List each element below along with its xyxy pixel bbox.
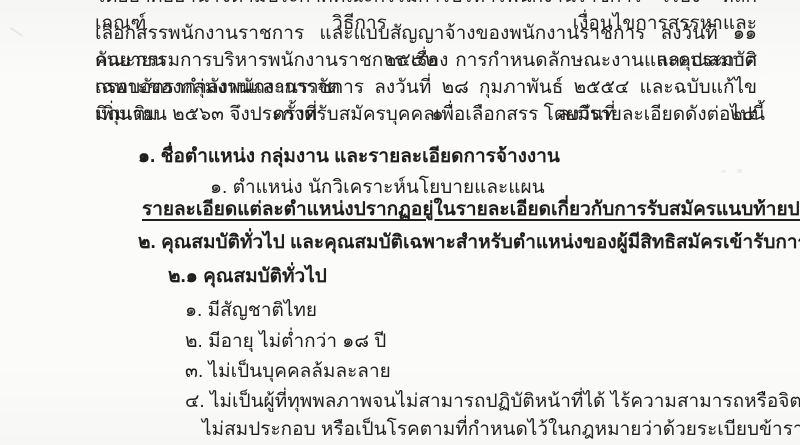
section1-heading: ๑. ชื่อตำแหน่ง กลุ่มงาน และรายละเอียดการ…	[138, 143, 560, 170]
scan-speck	[721, 170, 726, 173]
scan-speck	[737, 169, 742, 173]
section1-note: รายละเอียดแต่ละตำแหน่งปรากฏอยู่ในรายละเอ…	[142, 196, 800, 223]
qualification-item-2: ๒. มีอายุ ไม่ต่ำกว่า ๑๘ ปี	[185, 328, 386, 355]
qualification-item-3: ๓. ไม่เป็นบุคคลล้มละลาย	[185, 358, 391, 385]
section2-subheading: ๒.๑ คุณสมบัติทั่วไป	[168, 263, 327, 290]
scan-smudge	[10, 27, 24, 37]
scanned-document-page: โดยอาศัยอำนาจตามประกาศคณะกรรมการบริหารพน…	[0, 0, 800, 445]
section2-heading: ๒. คุณสมบัติทั่วไป และคุณสมบัติเฉพาะสำหร…	[138, 229, 800, 256]
qualification-item-4: ๔. ไม่เป็นผู้ที่ทุพพลภาพจนไม่สามารถปฏิบั…	[185, 388, 800, 415]
intro-paragraph-line-5: มิถุนายน ๒๕๖๓ จึงประกาศรับสมัครบุคคลเพื่…	[95, 101, 765, 128]
qualification-item-1: ๑. มีสัญชาติไทย	[185, 297, 317, 324]
qualification-item-4-continuation: ไม่สมประกอบ หรือเป็นโรคตามที่กำหนดไว้ในก…	[202, 416, 800, 443]
